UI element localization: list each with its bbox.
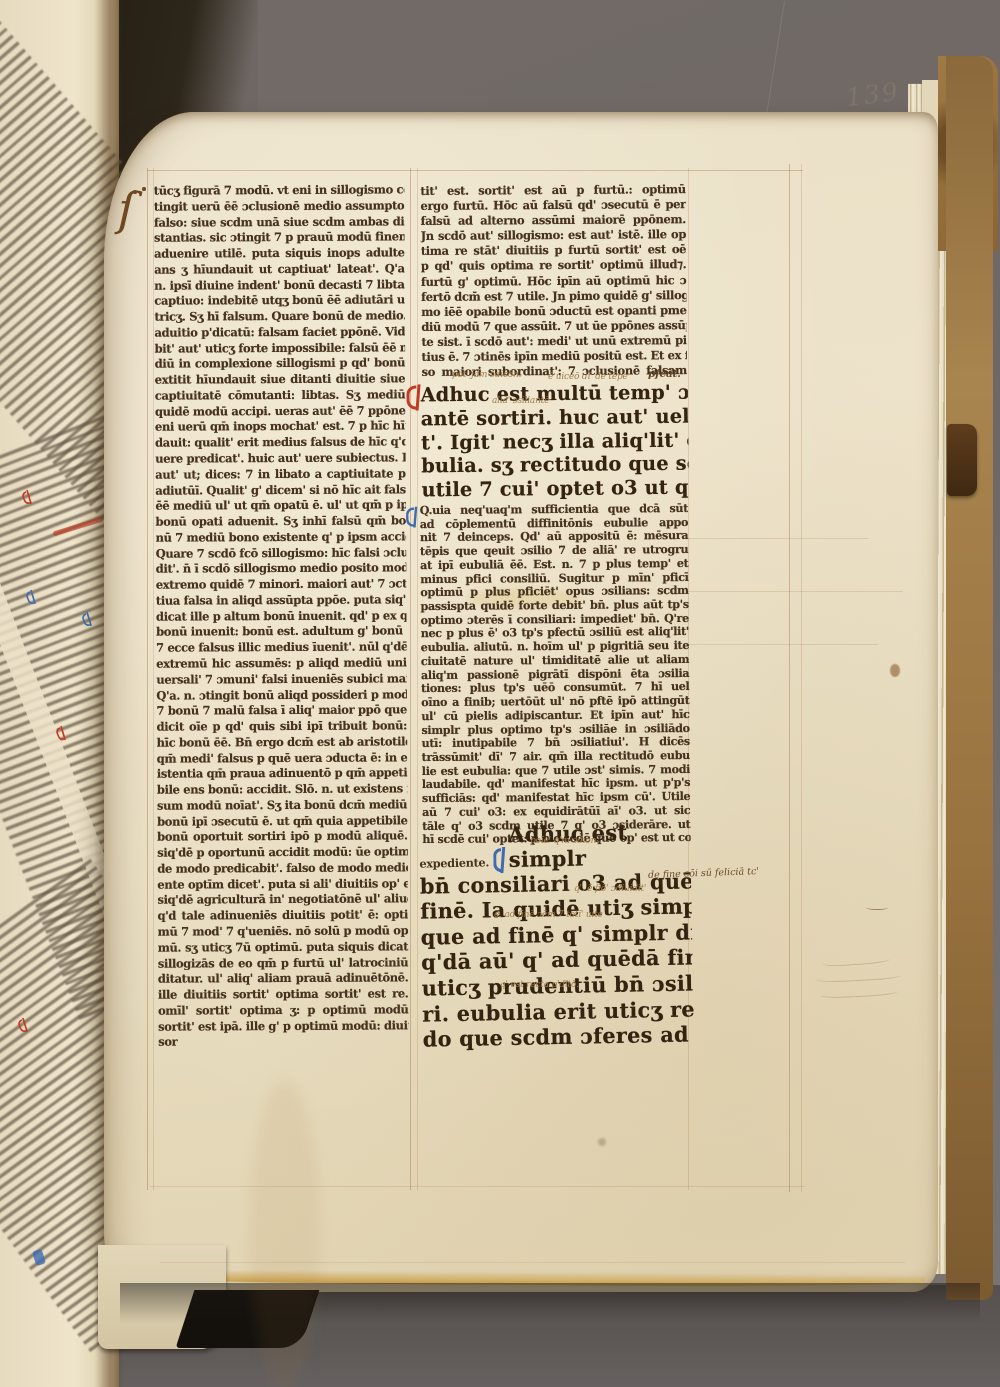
- lemma-2-lines: bn̄ consiliari o3 ad quēdāfinē. Ia quidē…: [420, 868, 697, 1052]
- text-line: sillogizās de eo qm̄ p furtū ul' latroci…: [158, 955, 409, 972]
- text-line: uersali' 7 ɔmuni' falsi inueniēs subici …: [156, 671, 407, 688]
- text-line: extremo quidē 7 minori. maiori aut' 7 ɔc…: [156, 576, 407, 593]
- text-line: 7 ecce falsus illic medius īuenit'. nūl …: [156, 640, 407, 657]
- text-line: stantias. sic ɔtingit 7 p prauū modū fin…: [154, 230, 405, 247]
- faint-squiggle-mark: [633, 84, 661, 101]
- text-column-2-commentary-a: tit' est. sortit' est aū p furtū.: optim…: [420, 182, 689, 380]
- text-line: captiuo: indebitē utqʒ bonū ēē adiutāri …: [154, 293, 405, 310]
- text-line: ente optīm dicet'. puta si ali' diuitiis…: [157, 876, 408, 893]
- quire-mark-dot: [142, 187, 146, 191]
- clasp-remnant: [947, 424, 977, 496]
- text-line: Quare 7 scdō fcō sillogismo: hīc falsi ɔ…: [156, 545, 407, 562]
- text-line: aduenire utilē. puta siquis inops adulte: [154, 245, 405, 262]
- text-line: dauit: qualit' erit medius falsus de hīc…: [155, 435, 406, 452]
- text-line: sor: [158, 1034, 409, 1051]
- text-line: siq'dē agriculturā in' negotiatōnē ul' a…: [157, 892, 408, 909]
- interlinear-gloss: q' est recta p'dītō.: [500, 980, 579, 990]
- text-line: extremū hic assumēs: p aliqd mediū uni: [156, 655, 407, 672]
- text-line: tiua falsa in aliqd assūpta ppōe. puta s…: [156, 592, 407, 609]
- text-line: de modo predicabit'. falso de modo medio: [157, 860, 408, 877]
- text-line: eni uerū qm̄ inops mochat' est. 7 p hīc …: [155, 419, 406, 436]
- text-line: do que scdm ɔferes ad quē/: [422, 1022, 694, 1053]
- ruling-line: [150, 1186, 805, 1187]
- interlinear-gloss: pot' jam ɔdicōn.: [452, 370, 521, 380]
- text-line: sum modū noīat'. Sʒ ita bonū dcm̄ mediū …: [157, 797, 408, 814]
- text-line: hīc bonū ēē. Bn̄ ergo dcm̄ est ab aristo…: [157, 734, 408, 751]
- ruling-line: [417, 168, 418, 1190]
- ruling-line: [147, 168, 148, 1190]
- text-column-2-commentary-b: Q.uia neq'uaq'm sufficientia que dcā sūt…: [420, 502, 694, 847]
- quire-mark-dot: [133, 190, 137, 194]
- text-line: dit'. n̄ ī scdō sillogismo medio posito …: [156, 561, 407, 578]
- text-line: ans ʒ hīundauit ut captiuat' lateat'. Q'…: [154, 261, 405, 278]
- text-column-1: tūcʒ figurā 7 modū. vt eni in sillogismo…: [154, 182, 412, 1050]
- faint-pencil-mark: 61: [391, 85, 412, 105]
- text-line: bulia. sʒ rectitudo que scdm: [421, 452, 689, 479]
- folio-number: 139: [844, 77, 901, 112]
- leather-cover: [946, 56, 993, 1300]
- text-line: sortit' est ipā. ille g' p optimū modū: …: [158, 1018, 409, 1035]
- text-line: utile 7 cui' optet o3 ut q'ndo.: [421, 476, 689, 503]
- text-line: nū 7 mediū bono existente q' p ipsm acci…: [156, 529, 407, 546]
- ruling-line: [688, 538, 868, 539]
- text-line: omīl' sortit' optima ʒ: p optimū modū: [158, 1002, 409, 1019]
- pilcrow-mark-blue: [493, 848, 505, 872]
- text-line: diū in complexione sillogismi p qd' bonū: [155, 356, 406, 373]
- commentary-tail-word: expediente.: [419, 855, 489, 873]
- text-line: dicit oīe p qd' quis sibi ipī tribuit bo…: [157, 718, 408, 735]
- text-line: bonū opati aduenit. Sʒ inhī falsū qm̄ bo: [155, 513, 406, 530]
- text-line: bile ens bonū: accidit. Slō. n. ut exist…: [157, 781, 408, 798]
- text-line: istentia qm̄ praua adinuentō p qm̄ appet…: [157, 766, 408, 783]
- text-line: siq'dē p oportunū accidit modū: ūe optim…: [157, 845, 408, 862]
- text-line: mū. sʒ uticʒ 7ū optimū. puta siquis dica…: [158, 939, 409, 956]
- ruling-line: [688, 591, 903, 592]
- text-line: bit' aut' uticʒ forte impossibile: falsū…: [155, 340, 406, 357]
- text-line: Adhuc est multū temp' ɔsili: [420, 381, 688, 408]
- text-line: captiuitatē cōmutanti: libtas. Sʒ mediū: [155, 387, 406, 404]
- small-margin-mark: [866, 903, 888, 910]
- ruling-line: [147, 170, 803, 171]
- text-line: extitit hīundauit siue ditanti diuitie s…: [155, 372, 406, 389]
- ruling-line: [801, 164, 802, 1192]
- text-line: dicat ille p altum bonū inuenit. qd' p e…: [156, 608, 407, 625]
- text-line: ille diuitiis sortit' optima sortit' est…: [158, 986, 409, 1003]
- text-line: falso: siue scdm unā siue scdm ambas di: [154, 214, 405, 231]
- text-line: ditatur. ul' aliq' aliam prauā adinuētōn…: [158, 971, 409, 988]
- text-line: aut' ut; dices: 7 in libato a captiuitat…: [155, 466, 406, 483]
- text-line: mū 7 mod' 7 q'ueniēs. nō solū p modū opt…: [158, 923, 409, 940]
- ruling-line: [789, 164, 790, 1192]
- text-line: bonū oportuit sortiri ipō p modū aliquē.: [157, 829, 408, 846]
- text-line: q'd tale adinueniēs diuitiis potit' ē: o…: [158, 908, 409, 925]
- ink-spot: [890, 664, 900, 677]
- text-line: ēē mediū ul' ut qm̄ opatū ē. ul' ut qm̄ …: [155, 498, 406, 515]
- text-line: bonū inuenit: bonū est. adultum g' bonū …: [156, 624, 407, 641]
- text-line: t'. Igit' necʒ illa aliq'lit' eu: [421, 428, 689, 455]
- manuscript-photo: 139 61 ſ tūcʒ figurā 7 modū. vt eni in s…: [0, 0, 1000, 1387]
- text-line: antē sortiri. huc aut' uelocī: [421, 404, 689, 431]
- ruling-line: [688, 644, 878, 645]
- interlinear-gloss: aliā' ɔsiliantē: [492, 396, 549, 406]
- text-line: quidē modū accipi. ueras aut' ēē 7 ppōne…: [155, 403, 406, 420]
- damp-stain: [250, 1080, 320, 1387]
- text-line: bonū ipī ɔsecutū ē. ut qm̄ quia appetibi…: [157, 813, 408, 830]
- interlinear-gloss: q'. ē fiō' ɔdiuidit': [574, 884, 646, 894]
- text-line: 7 bonū 7 malū falsa ī aliq' maior ppō qu…: [156, 703, 407, 720]
- text-line: qm̄ medi' falsus p quē uera ɔducta ē: in…: [157, 750, 408, 767]
- text-line: Q'a. n. ɔtingit bonū aliqd possideri p m…: [156, 687, 407, 704]
- text-line: tricʒ. Sʒ hī falsum. Quare bonū de medio…: [154, 308, 405, 325]
- interlinear-gloss: poīe' q'm ɔdiōn.: [530, 836, 599, 846]
- text-line: tingit uerū ēē ɔclusionē medio assumpto: [154, 198, 405, 215]
- text-line: n. ipsī diuine indent' bonū decasti 7 li…: [154, 277, 405, 294]
- pilcrow-mark-red: [406, 385, 419, 409]
- text-line: adiutūī. Qualit' g' dicem' si nō hīc ait…: [155, 482, 406, 499]
- lemma-1-large-text: Adhuc est multū temp' ɔsiliantē sortiri.…: [420, 381, 691, 503]
- text-line: tūcʒ figurā 7 modū. vt eni in sillogismo…: [154, 182, 405, 199]
- text-line: aduitio p'dicatū: falsam faciet ppōnē. V…: [154, 324, 405, 341]
- text-line: uere predicat'. huic aut' uere subiectus…: [155, 450, 406, 467]
- interlinear-gloss: ē. ad finē ɔēm 7 totī' uite: [494, 910, 603, 920]
- small-blemish: [598, 1138, 606, 1146]
- pilcrow-mark-blue: [406, 507, 417, 526]
- page-drop-shadow: [120, 1283, 980, 1323]
- catchword-abbrev: pfeāt.: [648, 368, 681, 380]
